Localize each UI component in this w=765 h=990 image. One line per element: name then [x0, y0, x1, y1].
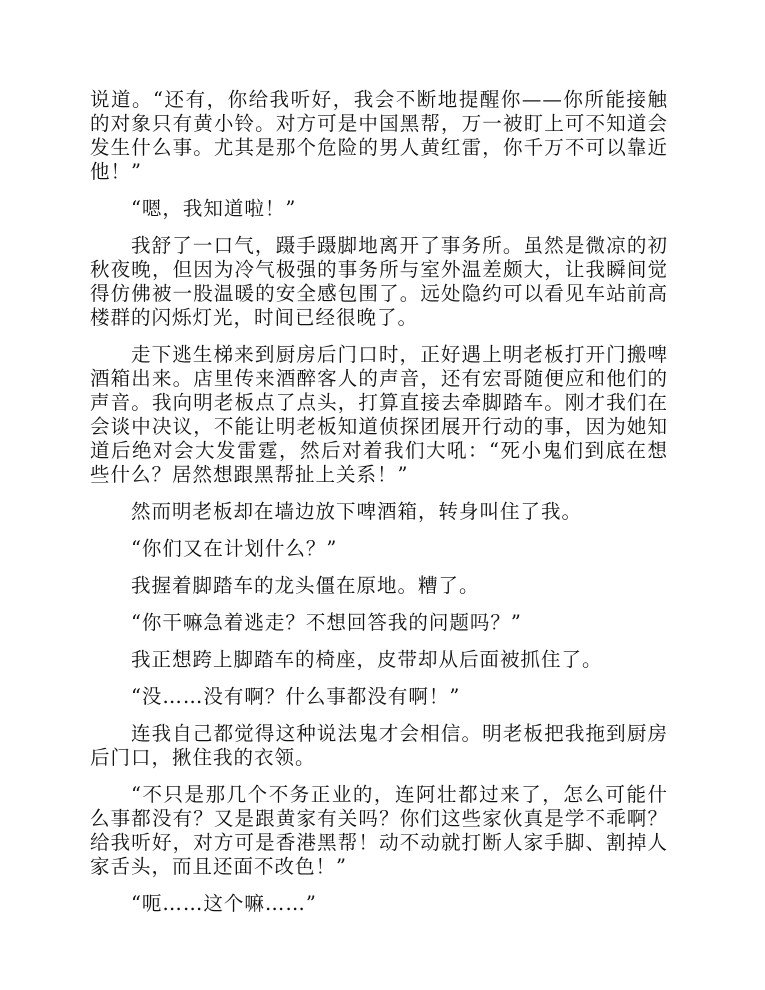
- paragraph-dialogue: “没……没有啊？什么事都没有啊！”: [90, 685, 668, 709]
- paragraph-dialogue: “呃……这个嘛……”: [90, 892, 668, 916]
- paragraph-narration: 连我自己都觉得这种说法鬼才会相信。明老板把我拖到厨房后门口，揪住我的衣领。: [90, 722, 668, 770]
- paragraph-narration: 我正想跨上脚踏车的椅座，皮带却从后面被抓住了。: [90, 648, 668, 672]
- paragraph-dialogue: “不只是那几个不务正业的，连阿壮都过来了，怎么可能什么事都没有？又是跟黄家有关吗…: [90, 783, 668, 879]
- paragraph-dialogue: “嗯，我知道啦！”: [90, 197, 668, 221]
- paragraph-narration: 我握着脚踏车的龙头僵在原地。糟了。: [90, 574, 668, 598]
- paragraph-dialogue: “你干嘛急着逃走？不想回答我的问题吗？”: [90, 611, 668, 635]
- paragraph-narration: 走下逃生梯来到厨房后门口时，正好遇上明老板打开门搬啤酒箱出来。店里传来酒醉客人的…: [90, 343, 668, 487]
- paragraph-dialogue: “你们又在计划什么？”: [90, 537, 668, 561]
- paragraph-narration: 然而明老板却在墙边放下啤酒箱，转身叫住了我。: [90, 500, 668, 524]
- paragraph-continuation: 说道。“还有，你给我听好，我会不断地提醒你——你所能接触的对象只有黄小铃。对方可…: [90, 88, 668, 184]
- document-page: 说道。“还有，你给我听好，我会不断地提醒你——你所能接触的对象只有黄小铃。对方可…: [90, 88, 668, 929]
- paragraph-narration: 我舒了一口气，蹑手蹑脚地离开了事务所。虽然是微凉的初秋夜晚，但因为冷气极强的事务…: [90, 234, 668, 330]
